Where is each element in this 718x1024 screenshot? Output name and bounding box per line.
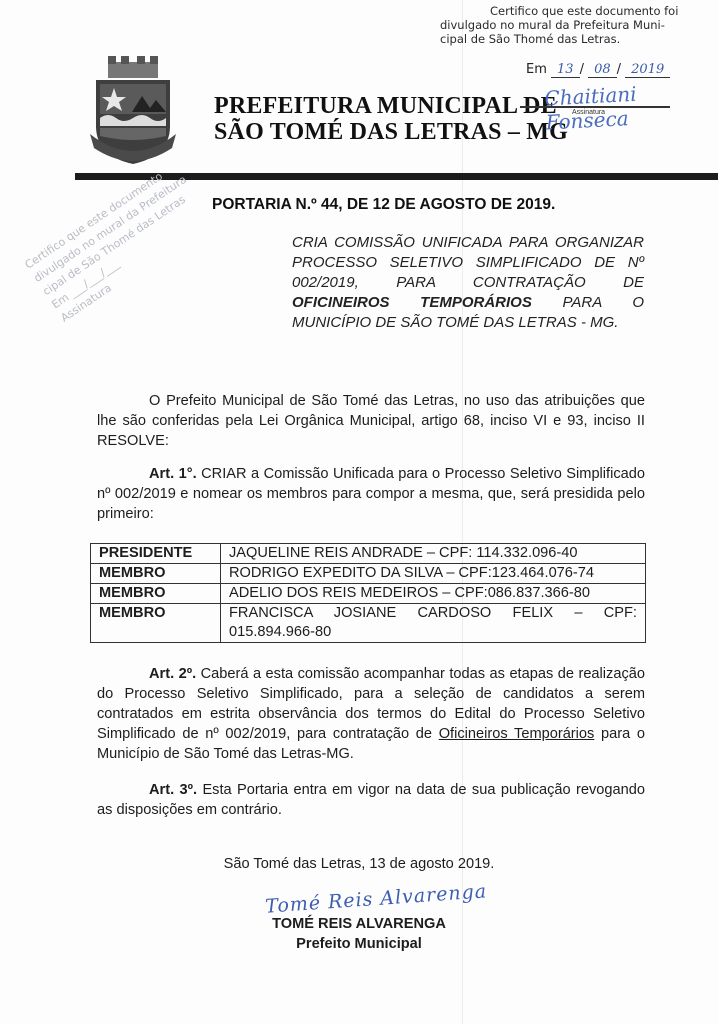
- member-name-line2: 015.894.966-80: [229, 624, 331, 640]
- commission-members-table: PRESIDENTE JAQUELINE REIS ANDRADE – CPF:…: [90, 543, 646, 643]
- article-1: Art. 1°. CRIAR a Comissão Unificada para…: [97, 464, 645, 524]
- header-title-line2: SÃO TOMÉ DAS LETRAS – MG: [214, 119, 568, 145]
- ementa-line: 002/2019, PARA CONTRATAÇÃO DE: [292, 273, 644, 293]
- stamp-signature-line: [520, 106, 670, 108]
- ementa-line: CRIA COMISSÃO UNIFICADA PARA ORGANIZAR: [292, 233, 644, 253]
- signer-title: Prefeito Municipal: [0, 934, 718, 954]
- article-1-label: Art. 1°.: [149, 466, 197, 482]
- ementa: CRIA COMISSÃO UNIFICADA PARA ORGANIZAR P…: [292, 233, 644, 333]
- table-row: MEMBRO ADELIO DOS REIS MEDEIROS – CPF:08…: [91, 584, 646, 604]
- member-role: MEMBRO: [91, 584, 221, 604]
- intro-text: O Prefeito Municipal de São Tomé das Let…: [97, 393, 645, 449]
- signer-block: TOMÉ REIS ALVARENGA Prefeito Municipal: [0, 914, 718, 954]
- ementa-line: PROCESSO SELETIVO SIMPLIFICADO DE Nº: [292, 253, 644, 273]
- member-name: FRANCISCA JOSIANE CARDOSO FELIX – CPF: 0…: [221, 604, 646, 643]
- stamp-month: 08: [588, 62, 617, 78]
- member-name: RODRIGO EXPEDITO DA SILVA – CPF:123.464.…: [221, 564, 646, 584]
- table-row: MEMBRO FRANCISCA JOSIANE CARDOSO FELIX –…: [91, 604, 646, 643]
- stamp-line: cipal de São Thomé das Letras.: [440, 32, 710, 46]
- ementa-line: MUNICÍPIO DE SÃO TOMÉ DAS LETRAS - MG.: [292, 313, 644, 333]
- header-title: PREFEITURA MUNICIPAL DE SÃO TOMÉ DAS LET…: [214, 93, 568, 145]
- stamp-line: divulgado no mural da Prefeitura Muni-: [440, 18, 710, 32]
- signer-name: TOMÉ REIS ALVARENGA: [0, 914, 718, 934]
- member-name: JAQUELINE REIS ANDRADE – CPF: 114.332.09…: [221, 544, 646, 564]
- stamp-year: 2019: [625, 62, 670, 78]
- stamp-date-prefix: Em: [526, 62, 547, 77]
- place-and-date: São Tomé das Letras, 13 de agosto 2019.: [0, 856, 718, 872]
- stamp-signature-label: Assinatura: [572, 109, 605, 116]
- header-title-line1: PREFEITURA MUNICIPAL DE: [214, 93, 568, 119]
- document-title: PORTARIA N.º 44, DE 12 DE AGOSTO DE 2019…: [212, 196, 555, 214]
- article-2-underlined: Oficineiros Temporários: [439, 726, 595, 742]
- mayor-handwritten-signature: Tomé Reis Alvarenga: [265, 880, 488, 917]
- member-name: ADELIO DOS REIS MEDEIROS – CPF:086.837.3…: [221, 584, 646, 604]
- stamp-day: 13: [551, 62, 580, 78]
- article-3: Art. 3º. Esta Portaria entra em vigor na…: [97, 780, 645, 820]
- ementa-line: OFICINEIROS TEMPORÁRIOS PARA O: [292, 293, 644, 313]
- publication-stamp: Certifico que este documento foi divulga…: [440, 4, 710, 46]
- stamp-date: Em 13/ 08/ 2019: [526, 62, 670, 77]
- municipal-coat-of-arms-icon: [88, 56, 178, 166]
- table-row: MEMBRO RODRIGO EXPEDITO DA SILVA – CPF:1…: [91, 564, 646, 584]
- member-name-line1: FRANCISCA JOSIANE CARDOSO FELIX – CPF:: [229, 604, 637, 623]
- member-role: MEMBRO: [91, 564, 221, 584]
- ementa-line-rest: PARA O: [563, 294, 645, 311]
- member-role: MEMBRO: [91, 604, 221, 643]
- member-role: PRESIDENTE: [91, 544, 221, 564]
- stamp-line: Certifico que este documento foi: [440, 4, 710, 18]
- intro-paragraph: O Prefeito Municipal de São Tomé das Let…: [97, 391, 645, 451]
- ementa-bold: OFICINEIROS TEMPORÁRIOS: [292, 294, 532, 311]
- article-3-label: Art. 3º.: [149, 782, 197, 798]
- table-row: PRESIDENTE JAQUELINE REIS ANDRADE – CPF:…: [91, 544, 646, 564]
- article-2: Art. 2º. Caberá a esta comissão acompanh…: [97, 664, 645, 764]
- article-2-label: Art. 2º.: [149, 666, 196, 682]
